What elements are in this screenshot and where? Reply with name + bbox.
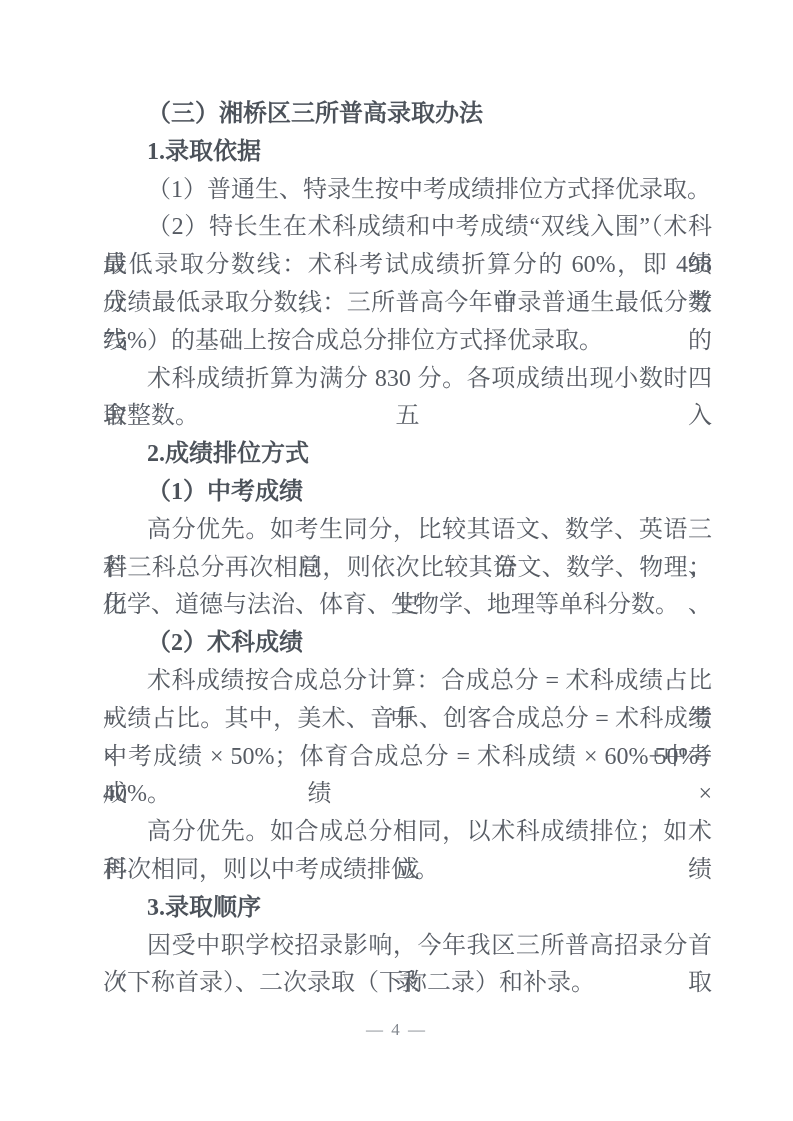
page-number: — 4 — bbox=[0, 1020, 793, 1040]
document-page: （三）湘桥区三所普高录取办法1.录取依据（1）普通生、特录生按中考成绩排位方式择… bbox=[0, 0, 793, 1121]
doc-text-line: 若三科总分再次相同，则依次比较其语文、数学、物理、历史、 bbox=[103, 550, 712, 588]
doc-heading-line: （三）湘桥区三所普高录取办法 bbox=[103, 96, 712, 134]
doc-text-line: 中考成绩 × 50%；体育合成总分 = 术科成绩 × 60%+中考成绩 × bbox=[103, 739, 712, 777]
doc-text-line: 化学、道德与法治、体育、生物学、地理等单科分数。 bbox=[103, 587, 712, 625]
doc-text-line: （2）特长生在术科成绩和中考成绩“双线入围”（术科成绩 bbox=[103, 209, 712, 247]
doc-heading-line: （2）术科成绩 bbox=[103, 625, 712, 663]
doc-text-line: 术科成绩按合成总分计算：合成总分 = 术科成绩占比+中考 bbox=[103, 663, 712, 701]
doc-heading-line: 1.录取依据 bbox=[103, 134, 712, 172]
doc-heading-line: 3.录取顺序 bbox=[103, 890, 712, 928]
doc-text-line: 最低录取分数线：术科考试成绩折算分的 60%，即 498 分；中考 bbox=[103, 247, 712, 285]
doc-text-line: 高分优先。如考生同分，比较其语文、数学、英语三科总分； bbox=[103, 512, 712, 550]
doc-heading-line: 2.成绩排位方式 bbox=[103, 436, 712, 474]
doc-text-line: 术科成绩折算为满分 830 分。各项成绩出现小数时四舍五入 bbox=[103, 361, 712, 399]
doc-text-line: （1）普通生、特录生按中考成绩排位方式择优录取。 bbox=[103, 172, 712, 210]
document-body: （三）湘桥区三所普高录取办法1.录取依据（1）普通生、特录生按中考成绩排位方式择… bbox=[103, 96, 712, 1003]
doc-text-line: 高分优先。如合成总分相同，以术科成绩排位；如术科成绩 bbox=[103, 814, 712, 852]
doc-heading-line: （1）中考成绩 bbox=[103, 474, 712, 512]
doc-text-line: 成绩占比。其中，美术、音乐、创客合成总分 = 术科成绩 × 50%+ bbox=[103, 701, 712, 739]
doc-text-line: 因受中职学校招录影响，今年我区三所普高招录分首次录取 bbox=[103, 928, 712, 966]
doc-text-line: 成绩最低录取分数线：三所普高今年首录普通生最低分数线的 bbox=[103, 285, 712, 323]
